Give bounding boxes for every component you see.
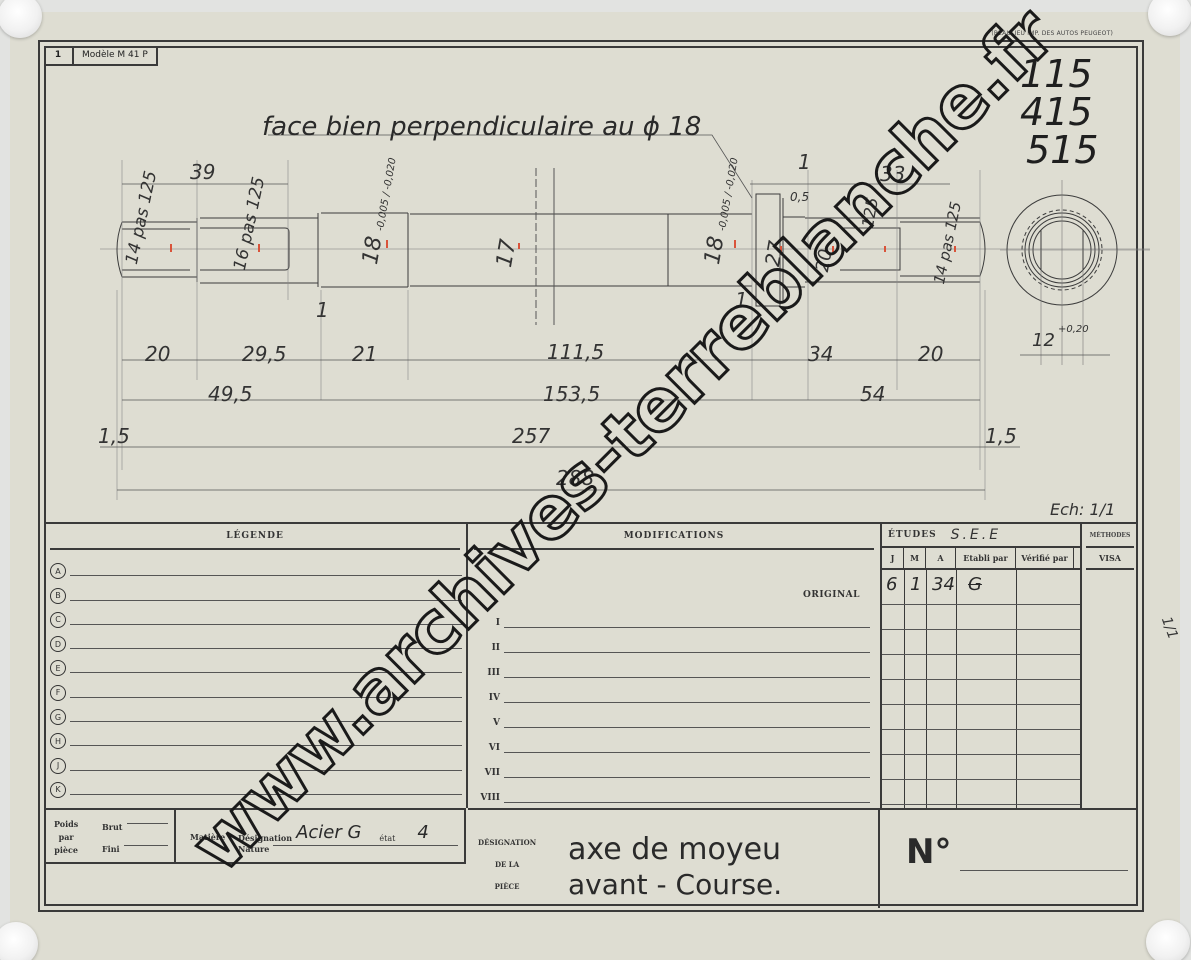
original-day: 6 — [886, 574, 897, 595]
visa-label: VISA — [1086, 548, 1134, 570]
weight-label-3: pièce — [54, 844, 78, 857]
number-label: N° — [906, 832, 951, 872]
modification-row: III — [468, 662, 874, 678]
modification-index: V — [468, 718, 500, 728]
legend-line — [70, 671, 462, 673]
weight-label: Poids par pièce — [54, 818, 78, 857]
piece-label: DÉSIGNATION DE LA PIÈCE — [478, 832, 536, 898]
dia-18-right: 18 — [700, 234, 729, 266]
part-designation-section: DÉSIGNATION DE LA PIÈCE axe de moyeu ava… — [468, 808, 880, 908]
designation-row: Désignation Acier G état 4 — [238, 822, 462, 843]
dim-29-5: 29,5 — [242, 342, 287, 366]
etudes-grid: 6 1 34 G — [882, 568, 1080, 808]
dia-18-left: 18 — [358, 234, 387, 266]
etudes-columns: J M A Etabli par Vérifié par — [882, 548, 1080, 570]
nature-line — [273, 844, 458, 846]
nature-row: Nature — [238, 844, 462, 854]
modification-index: VII — [468, 768, 500, 778]
title-block: LÉGENDE A B C D E F G H J K MODIFICATION… — [44, 522, 1138, 906]
designation-label: Désignation — [238, 833, 292, 843]
dim-49-5: 49,5 — [208, 382, 253, 406]
dim-257: 257 — [512, 424, 550, 448]
etat-label: état — [379, 834, 395, 843]
original-month: 1 — [910, 574, 921, 595]
col-year: A — [926, 548, 956, 568]
legend-row: F — [44, 673, 466, 697]
dim-0-5: 0,5 — [790, 190, 809, 204]
fini-line — [124, 844, 168, 846]
piece-label-2: DE LA — [478, 854, 536, 876]
legend-row: E — [44, 649, 466, 673]
modification-line — [504, 701, 870, 703]
original-label: ORIGINAL — [803, 590, 860, 600]
modification-index: I — [468, 618, 500, 628]
legend-letter: J — [50, 758, 66, 774]
col-day: J — [882, 548, 904, 568]
original-year: 34 — [932, 574, 955, 595]
etudes-section: ÉTUDES S.E.E J M A Etabli par Vérifié pa… — [882, 524, 1082, 808]
modification-row: VIII — [468, 787, 874, 803]
etat-value: 4 — [417, 822, 428, 843]
legend-line — [70, 793, 462, 795]
modification-index: II — [468, 643, 500, 653]
scale-label: Ech: 1/1 — [1050, 500, 1115, 519]
dim-34: 34 — [808, 342, 833, 366]
weight-material-section: Poids par pièce Brut Fini Matière Désign… — [44, 808, 466, 864]
designation-value: Acier G — [296, 822, 361, 843]
legend-line — [70, 744, 462, 746]
dim-1-5-left: 1,5 — [98, 424, 130, 448]
dim-39: 39 — [190, 160, 215, 184]
dim-21: 21 — [352, 342, 377, 366]
pushpin-bottom-right — [1146, 920, 1190, 960]
modification-index: VIII — [468, 793, 500, 803]
dim-153-5: 153,5 — [543, 382, 600, 406]
legend-line — [70, 696, 462, 698]
chamfer-right: 1 — [735, 288, 748, 312]
dim-12-tolerance: +0,20 — [1058, 324, 1089, 335]
methodes-header: MÉTHODES — [1086, 524, 1134, 548]
legend-letter: C — [50, 612, 66, 628]
part-name-line-1: axe de moyeu — [568, 832, 781, 867]
modification-line — [504, 801, 870, 803]
legend-line — [70, 769, 462, 771]
piece-label-1: DÉSIGNATION — [478, 832, 536, 854]
legend-line — [70, 720, 462, 722]
drawing-note: face bien perpendiculaire au ϕ 18 — [262, 112, 701, 142]
legend-section: LÉGENDE A B C D E F G H J K — [44, 524, 468, 808]
legend-letter: F — [50, 685, 66, 701]
methodes-section: MÉTHODES VISA — [1082, 524, 1138, 808]
modification-index: IV — [468, 693, 500, 703]
nature-label: Nature — [238, 844, 269, 854]
legend-header: LÉGENDE — [50, 524, 460, 550]
legend-letter: B — [50, 588, 66, 604]
legend-line — [70, 574, 462, 576]
dim-1-top: 1 — [798, 150, 811, 174]
brut-line — [127, 822, 169, 824]
legend-row: B — [44, 576, 466, 600]
modification-line — [504, 726, 870, 728]
modifications-header: MODIFICATIONS — [474, 524, 874, 550]
legend-row: C — [44, 601, 466, 625]
legend-row: J — [44, 746, 466, 770]
modification-row: I — [468, 612, 874, 628]
number-line — [960, 870, 1128, 871]
etudes-team: S.E.E — [951, 527, 1001, 543]
original-signature: G — [968, 574, 982, 595]
piece-label-3: PIÈCE — [478, 876, 536, 898]
modification-row: IV — [468, 687, 874, 703]
etudes-title: ÉTUDES — [888, 530, 937, 540]
modification-line — [504, 651, 870, 653]
dim-12-flat: 12 — [1032, 330, 1055, 351]
modification-row: II — [468, 637, 874, 653]
legend-line — [70, 647, 462, 649]
legend-row: H — [44, 722, 466, 746]
dim-54: 54 — [860, 382, 885, 406]
etudes-header: ÉTUDES S.E.E — [882, 524, 1080, 548]
legend-letter: G — [50, 709, 66, 725]
dia-20-step: 20 — [812, 247, 837, 273]
col-established-by: Etabli par — [956, 548, 1016, 568]
dim-288: 288 — [556, 466, 594, 490]
col-month: M — [904, 548, 926, 568]
chamfer-left: 1 — [316, 298, 329, 322]
modification-row: VII — [468, 762, 874, 778]
dim-111-5: 111,5 — [547, 340, 604, 364]
brut-label: Brut — [102, 822, 123, 832]
dim-33: 33 — [880, 162, 905, 186]
modifications-section: MODIFICATIONS ORIGINAL I II III IV V VI … — [468, 524, 882, 808]
dim-20-right: 20 — [918, 342, 943, 366]
weight-label-1: Poids — [54, 818, 78, 831]
legend-row: G — [44, 698, 466, 722]
fini-label: Fini — [102, 844, 120, 854]
modification-row: V — [468, 712, 874, 728]
modification-line — [504, 776, 870, 778]
part-name-line-2: avant - Course. — [568, 868, 782, 901]
dim-20-left: 20 — [145, 342, 170, 366]
modification-index: III — [468, 668, 500, 678]
weight-label-2: par — [54, 831, 78, 844]
matiere-label: Matière — [190, 832, 225, 842]
modification-line — [504, 626, 870, 628]
modification-row: VI — [468, 737, 874, 753]
dia-27-collar: 27 — [760, 239, 788, 268]
drawing-number-section: N° — [880, 808, 1138, 908]
legend-line — [70, 623, 462, 625]
legend-letter: K — [50, 782, 66, 798]
modification-index: VI — [468, 743, 500, 753]
col-verified-by: Vérifié par — [1016, 548, 1074, 568]
fini-row: Fini — [102, 844, 172, 854]
brut-row: Brut — [102, 822, 172, 832]
legend-line — [70, 599, 462, 601]
dia-17-center: 17 — [492, 237, 521, 269]
modification-line — [504, 676, 870, 678]
legend-row: K — [44, 771, 466, 795]
dim-1-5-right: 1,5 — [985, 424, 1017, 448]
legend-row: A — [44, 552, 466, 576]
legend-row: D — [44, 625, 466, 649]
modification-line — [504, 751, 870, 753]
